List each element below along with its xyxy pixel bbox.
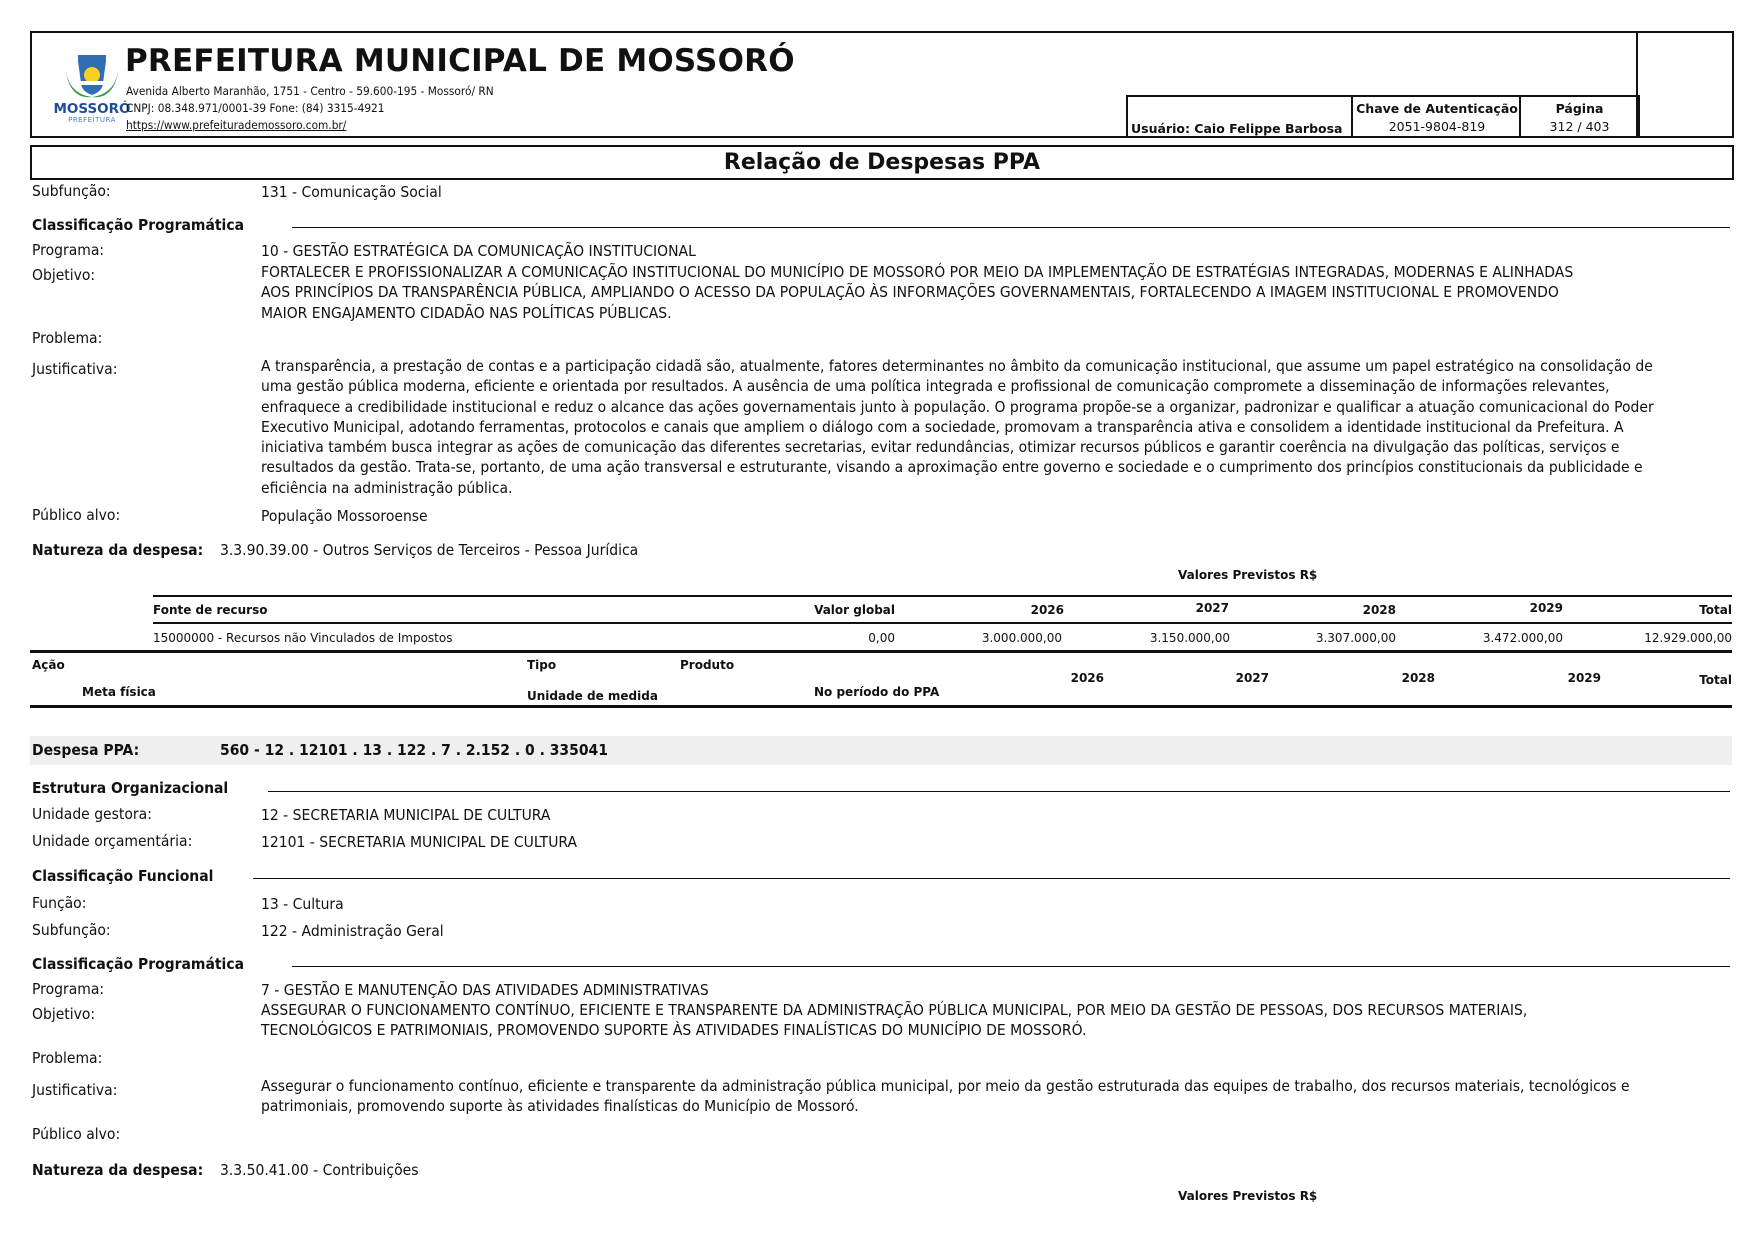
table-top-rule	[153, 595, 1732, 597]
page-number: 312 / 403	[1521, 119, 1638, 134]
subfuncao-label: Subfunção:	[32, 921, 111, 939]
unidade-orcamentaria-value: 12101 - SECRETARIA MUNICIPAL DE CULTURA	[261, 832, 1633, 853]
objetivo-line: ASSEGURAR O FUNCIONAMENTO CONTÍNUO, EFIC…	[261, 1000, 1735, 1020]
value-2027-cell: 3.150.000,00	[1108, 631, 1230, 645]
subfuncao-value: 122 - Administração Geral	[261, 921, 1633, 942]
table-header-rule	[153, 622, 1732, 624]
valores-previstos-title: Valores Previstos R$	[1178, 1189, 1317, 1203]
objetivo-value: FORTALECER E PROFISSIONALIZAR A COMUNICA…	[261, 262, 1735, 323]
logo-subtext: PREFEITURA	[52, 116, 132, 124]
unidade-gestora-label: Unidade gestora:	[32, 805, 152, 823]
section-divider	[292, 966, 1730, 967]
table-bottom-rule	[30, 650, 1732, 653]
col-2026: 2026	[960, 603, 1064, 617]
auth-key-box: Chave de Autenticação 2051-9804-819	[1351, 95, 1521, 138]
justificativa-line: eficiência na administração pública.	[261, 478, 1735, 498]
programa-label: Programa:	[32, 980, 104, 998]
justificativa-value: Assegurar o funcionamento contínuo, efic…	[261, 1076, 1735, 1117]
objetivo-line: TECNOLÓGICOS E PATRIMONIAIS, PROMOVENDO …	[261, 1020, 1735, 1040]
justificativa-label: Justificativa:	[32, 1081, 117, 1099]
report-title: Relação de Despesas PPA	[724, 150, 1040, 175]
auth-key-value: 2051-9804-819	[1353, 119, 1521, 134]
col-2029: 2029	[1459, 601, 1563, 615]
value-2028-cell: 3.307.000,00	[1274, 631, 1396, 645]
section-classificacao-programatica: Classificação Programática	[32, 955, 244, 973]
justificativa-line: uma gestão pública moderna, eficiente e …	[261, 376, 1735, 396]
programa-value: 7 - GESTÃO E MANUTENÇÃO DAS ATIVIDADES A…	[261, 980, 1633, 1001]
problema-label: Problema:	[32, 1049, 102, 1067]
organization-address: Avenida Alberto Maranhão, 1751 - Centro …	[126, 84, 494, 98]
col-acao: Ação	[32, 658, 65, 672]
objetivo-label: Objetivo:	[32, 266, 95, 284]
col-meta-2028: 2028	[1331, 671, 1435, 685]
justificativa-line: resultados da gestão. Trata-se, portanto…	[261, 457, 1735, 477]
natureza-value: 3.3.50.41.00 - Contribuições	[220, 1161, 418, 1179]
auth-key-label: Chave de Autenticação	[1353, 101, 1521, 116]
fonte-cell: 15000000 - Recursos não Vinculados de Im…	[153, 631, 452, 645]
section-divider	[292, 227, 1730, 228]
publico-alvo-label: Público alvo:	[32, 1125, 120, 1143]
justificativa-line: enfraquece a credibilidade institucional…	[261, 397, 1735, 417]
problema-label: Problema:	[32, 329, 102, 347]
acao-table-rule	[30, 705, 1732, 708]
col-tipo: Tipo	[527, 658, 556, 672]
objetivo-line: AOS PRINCÍPIOS DA TRANSPARÊNCIA PÚBLICA,…	[261, 282, 1735, 302]
col-produto: Produto	[680, 658, 734, 672]
col-valor-global: Valor global	[780, 603, 895, 617]
natureza-label: Natureza da despesa:	[32, 1161, 203, 1179]
report-header: MOSSORÓ PREFEITURA PREFEITURA MUNICIPAL …	[30, 31, 1734, 138]
publico-alvo-label: Público alvo:	[32, 506, 120, 524]
report-title-bar: Relação de Despesas PPA	[30, 145, 1734, 180]
section-divider	[253, 878, 1730, 879]
despesa-ppa-code: 560 - 12 . 12101 . 13 . 122 . 7 . 2.152 …	[220, 741, 608, 759]
section-divider	[268, 791, 1730, 792]
valor-global-cell: 0,00	[780, 631, 895, 645]
organization-name: PREFEITURA MUNICIPAL DE MOSSORÓ	[125, 43, 795, 79]
municipality-logo: MOSSORÓ PREFEITURA	[52, 51, 132, 131]
subfuncao-label: Subfunção:	[32, 182, 111, 200]
funcao-label: Função:	[32, 894, 86, 912]
publico-alvo-value: População Mossoroense	[261, 506, 1633, 527]
programa-label: Programa:	[32, 241, 104, 259]
col-meta-total: Total	[1620, 673, 1732, 687]
valores-previstos-title: Valores Previstos R$	[1178, 568, 1317, 582]
unidade-orcamentaria-label: Unidade orçamentária:	[32, 832, 192, 850]
col-fonte-recurso: Fonte de recurso	[153, 603, 267, 617]
value-2026-cell: 3.000.000,00	[940, 631, 1062, 645]
objetivo-value: ASSEGURAR O FUNCIONAMENTO CONTÍNUO, EFIC…	[261, 1000, 1735, 1041]
unidade-gestora-value: 12 - SECRETARIA MUNICIPAL DE CULTURA	[261, 805, 1633, 826]
header-divider	[1636, 33, 1638, 136]
section-classificacao-funcional: Classificação Funcional	[32, 867, 213, 885]
col-2028: 2028	[1292, 603, 1396, 617]
despesa-ppa-label: Despesa PPA:	[32, 741, 139, 759]
justificativa-line: A transparência, a prestação de contas e…	[261, 356, 1735, 376]
section-classificacao-programatica: Classificação Programática	[32, 216, 244, 234]
justificativa-line: Executivo Municipal, adotando ferramenta…	[261, 417, 1735, 437]
justificativa-value: A transparência, a prestação de contas e…	[261, 356, 1735, 498]
justificativa-line: iniciativa também busca integrar as açõe…	[261, 437, 1735, 457]
subfuncao-value: 131 - Comunicação Social	[261, 182, 1633, 203]
col-meta-2029: 2029	[1497, 671, 1601, 685]
section-estrutura-organizacional: Estrutura Organizacional	[32, 779, 228, 797]
col-periodo-ppa: No período do PPA	[814, 685, 939, 699]
natureza-value: 3.3.90.39.00 - Outros Serviços de Tercei…	[220, 541, 638, 559]
natureza-label: Natureza da despesa:	[32, 541, 203, 559]
organization-contact: CNPJ: 08.348.971/0001-39 Fone: (84) 3315…	[126, 101, 385, 115]
justificativa-line: Assegurar o funcionamento contínuo, efic…	[261, 1076, 1735, 1096]
col-total: Total	[1620, 603, 1732, 617]
programa-value: 10 - GESTÃO ESTRATÉGICA DA COMUNICAÇÃO I…	[261, 241, 1633, 262]
page-box: Página 312 / 403	[1519, 95, 1640, 138]
col-unidade-medida: Unidade de medida	[527, 689, 658, 703]
col-meta-2026: 2026	[1000, 671, 1104, 685]
organization-website-link[interactable]: https://www.prefeiturademossoro.com.br/	[126, 118, 346, 132]
objetivo-label: Objetivo:	[32, 1005, 95, 1023]
justificativa-label: Justificativa:	[32, 360, 117, 378]
col-meta-fisica: Meta física	[82, 685, 156, 699]
objetivo-line: FORTALECER E PROFISSIONALIZAR A COMUNICA…	[261, 262, 1735, 282]
user-box: Usuário: Caio Felippe Barbosa	[1126, 95, 1353, 138]
page-label: Página	[1521, 101, 1638, 116]
value-2029-cell: 3.472.000,00	[1441, 631, 1563, 645]
objetivo-line: MAIOR ENGAJAMENTO CIDADÃO NAS POLÍTICAS …	[261, 303, 1735, 323]
col-meta-2027: 2027	[1165, 671, 1269, 685]
funcao-value: 13 - Cultura	[261, 894, 1633, 915]
col-2027: 2027	[1125, 601, 1229, 615]
user-name: Usuário: Caio Felippe Barbosa	[1131, 121, 1343, 136]
total-cell: 12.929.000,00	[1600, 631, 1732, 645]
despesa-ppa-bar: Despesa PPA: 560 - 12 . 12101 . 13 . 122…	[30, 736, 1732, 765]
justificativa-line: patrimoniais, promovendo suporte às ativ…	[261, 1096, 1735, 1116]
logo-text: MOSSORÓ	[50, 101, 134, 117]
